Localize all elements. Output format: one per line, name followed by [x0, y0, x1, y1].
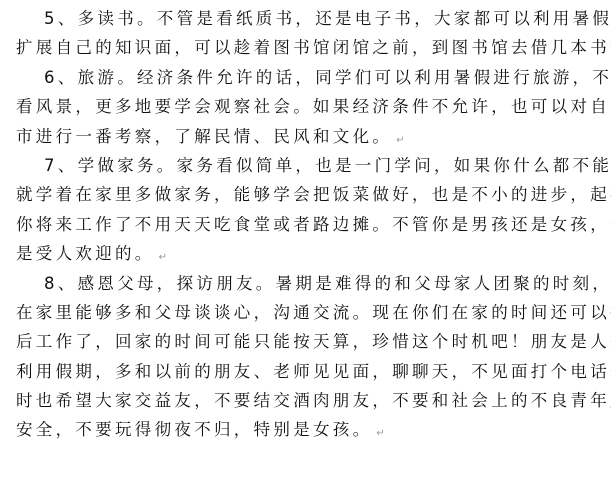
- line-text: 利用假期，多和以前的朋友、老师见见面，聊聊天，不见面打个电话也行，但同: [16, 362, 611, 381]
- line-text: 8、感恩父母，探访朋友。暑期是难得的和父母家人团聚的时刻，希望大家: [44, 274, 611, 293]
- text-line: 后工作了，回家的时间可能只能按天算，珍惜这个时机吧！朋友是人生的财富，: [0, 327, 611, 356]
- text-line: 7、学做家务。家务看似简单，也是一门学问，如果你什么都不能做，那么: [0, 151, 611, 180]
- text-line: 6、旅游。经济条件允许的话，同学们可以利用暑假进行旅游，不光只是看: [0, 63, 611, 92]
- paragraph-8-parents-friends: 8、感恩父母，探访朋友。暑期是难得的和父母家人团聚的时刻，希望大家 在家里能够多…: [0, 269, 611, 445]
- text-line: 在家里能够多和父母谈谈心，沟通交流。现在你们在家的时间还可以按月算，以: [0, 298, 611, 327]
- line-text: 安全，不要玩得彻夜不归，特别是女孩。: [16, 420, 372, 439]
- line-text: 扩展自己的知识面，可以趁着图书馆闭馆之前，到图书馆去借几本书带回家。: [16, 38, 611, 57]
- text-line: 看风景，更多地要学会观察社会。如果经济条件不允许，也可以对自己生活的城: [0, 92, 611, 121]
- text-line: 时也希望大家交益友，不要结交酒肉朋友，不要和社会上的不良青年厮混，谨记: [0, 386, 611, 415]
- paragraph-mark-icon: ↵: [376, 419, 384, 448]
- text-line: 是受人欢迎的。↵: [0, 239, 611, 268]
- document-page: 5、多读书。不管是看纸质书，还是电子书，大家都可以利用暑假多看一些， 扩展自己的…: [0, 0, 611, 501]
- line-text: 是受人欢迎的。: [16, 244, 155, 263]
- text-line: 5、多读书。不管是看纸质书，还是电子书，大家都可以利用暑假多看一些，: [0, 4, 611, 33]
- text-line: 你将来工作了不用天天吃食堂或者路边摊。不管你是男孩还是女孩，会做饭，都: [0, 210, 611, 239]
- paragraph-5-read-books: 5、多读书。不管是看纸质书，还是电子书，大家都可以利用暑假多看一些， 扩展自己的…: [0, 4, 611, 63]
- text-line: 就学着在家里多做家务，能够学会把饭菜做好，也是不小的进步，起码可以保证: [0, 180, 611, 209]
- paragraph-7-housework: 7、学做家务。家务看似简单，也是一门学问，如果你什么都不能做，那么 就学着在家里…: [0, 151, 611, 269]
- line-text: 你将来工作了不用天天吃食堂或者路边摊。不管你是男孩还是女孩，会做饭，都: [16, 215, 611, 234]
- line-text: 在家里能够多和父母谈谈心，沟通交流。现在你们在家的时间还可以按月算，以: [16, 303, 611, 322]
- line-text: 6、旅游。经济条件允许的话，同学们可以利用暑假进行旅游，不光只是看: [44, 68, 611, 87]
- text-line: 利用假期，多和以前的朋友、老师见见面，聊聊天，不见面打个电话也行，但同: [0, 357, 611, 386]
- line-text: 5、多读书。不管是看纸质书，还是电子书，大家都可以利用暑假多看一些，: [44, 9, 611, 28]
- paragraph-6-travel: 6、旅游。经济条件允许的话，同学们可以利用暑假进行旅游，不光只是看 看风景，更多…: [0, 63, 611, 151]
- line-text: 就学着在家里多做家务，能够学会把饭菜做好，也是不小的进步，起码可以保证: [16, 185, 611, 204]
- line-text: 后工作了，回家的时间可能只能按天算，珍惜这个时机吧！朋友是人生的财富，: [16, 332, 611, 351]
- line-text: 时也希望大家交益友，不要结交酒肉朋友，不要和社会上的不良青年厮混，谨记: [16, 391, 611, 410]
- line-text: 市进行一番考察，了解民情、民风和文化。: [16, 127, 392, 146]
- line-text: 看风景，更多地要学会观察社会。如果经济条件不允许，也可以对自己生活的城: [16, 97, 611, 116]
- text-line: 8、感恩父母，探访朋友。暑期是难得的和父母家人团聚的时刻，希望大家: [0, 269, 611, 298]
- text-line: 市进行一番考察，了解民情、民风和文化。↵: [0, 122, 611, 151]
- line-text: 7、学做家务。家务看似简单，也是一门学问，如果你什么都不能做，那么: [44, 156, 611, 175]
- text-line: 扩展自己的知识面，可以趁着图书馆闭馆之前，到图书馆去借几本书带回家。↵: [0, 33, 611, 62]
- text-line: 安全，不要玩得彻夜不归，特别是女孩。↵: [0, 415, 611, 444]
